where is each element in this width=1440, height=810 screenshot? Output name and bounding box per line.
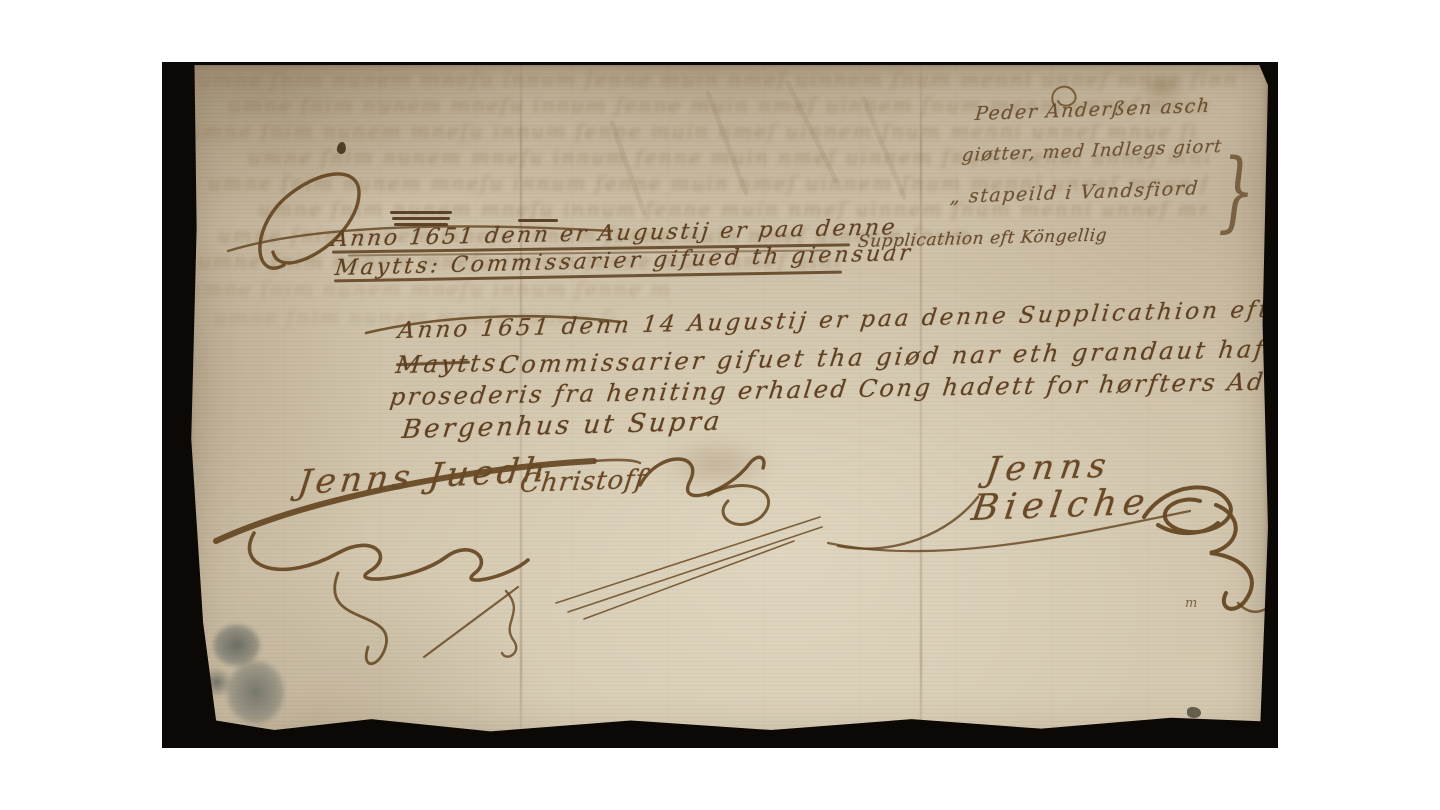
ghost-line: umne ſnim nunem mneſu innum ſenne muin n… [188, 119, 1198, 143]
annotation-line-1: Peder Anderßen asch [974, 95, 1212, 125]
manuscript-photo-frame: umne ſnim nunem mneſu innum ſenne muin n… [162, 62, 1278, 748]
strike-mark [518, 219, 558, 222]
manuscript-paper: umne ſnim nunem mneſu innum ſenne muin n… [188, 65, 1268, 745]
strike-mark [394, 223, 448, 226]
signature-left: Jenns Juedh [296, 450, 552, 503]
annotation-line-2: giøtter, med Indlegs giort [961, 136, 1223, 166]
page-background: umne ſnim nunem mneſu innum ſenne muin n… [0, 0, 1440, 810]
signature-middle: Christoff [518, 465, 647, 499]
annotation-line-3: „ stapeild i Vandsfiord [949, 177, 1200, 208]
strike-mark [392, 217, 450, 220]
brown-smudge [658, 437, 778, 491]
monogram-mark: m [1185, 596, 1197, 611]
ghost-line: umne ſnim nunem mneſu innum ſenne muin n… [198, 67, 1238, 91]
dark-speck [1187, 707, 1201, 718]
fold-line-right [920, 65, 922, 745]
strike-mark [390, 211, 452, 214]
grey-damage-stain [194, 608, 306, 732]
brace-mark: } [1218, 140, 1255, 242]
ink-blot [336, 141, 347, 154]
signature-right-line-2: Bielche [969, 482, 1153, 529]
